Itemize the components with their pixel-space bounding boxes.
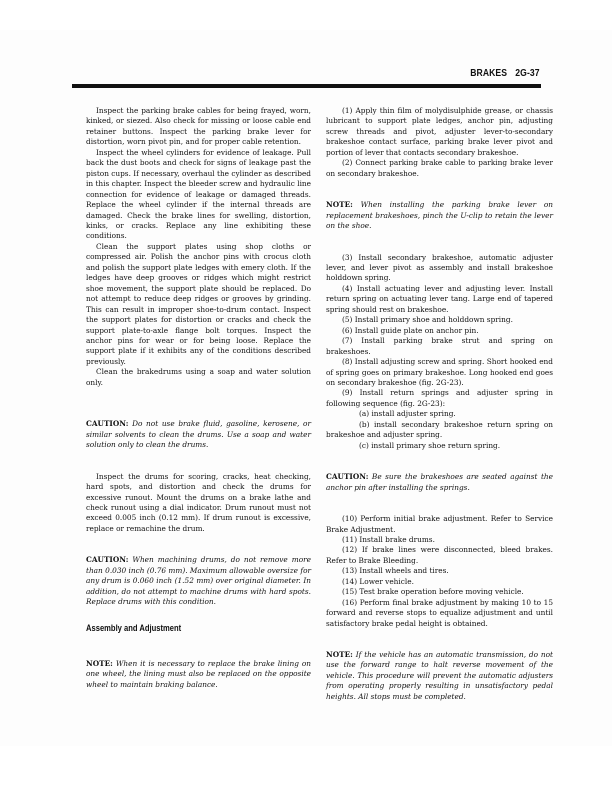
note-label: NOTE: <box>326 650 353 659</box>
step-14: (14) Lower vehicle. <box>326 577 553 587</box>
caution-label: CAUTION: <box>86 419 128 428</box>
step-9b: (b) install secondary brakeshoe return s… <box>326 420 553 441</box>
step-15: (15) Test brake operation before moving … <box>326 587 553 597</box>
step-10: (10) Perform initial brake adjustment. R… <box>326 514 553 535</box>
step-9: (9) Install return springs and adjuster … <box>326 388 553 409</box>
paragraph-clean-drums: Clean the brakedrums using a soap and wa… <box>86 367 311 388</box>
caution-solvents: CAUTION: Do not use brake fluid, gasolin… <box>86 419 311 450</box>
paragraph-support-plates: Clean the support plates using shop clot… <box>86 242 311 367</box>
note-automatic-transmission: NOTE: If the vehicle has an automatic tr… <box>326 650 553 702</box>
step-8: (8) Install adjusting screw and spring. … <box>326 357 553 388</box>
note-parking-lever: NOTE: When installing the parking brake … <box>326 200 553 231</box>
step-7: (7) Install parking brake strut and spri… <box>326 336 553 357</box>
caution-machining: CAUTION: When machining drums, do not re… <box>86 555 311 607</box>
section-title: BRAKES <box>471 67 508 79</box>
step-16: (16) Perform final brake adjustment by m… <box>326 598 553 629</box>
note-lining: NOTE: When it is necessary to replace th… <box>86 659 311 690</box>
paragraph-parking-cables: Inspect the parking brake cables for bei… <box>86 106 311 148</box>
step-2: (2) Connect parking brake cable to parki… <box>326 158 553 179</box>
section-heading: Assembly and Adjustment <box>86 624 266 634</box>
step-13: (13) Install wheels and tires. <box>326 566 553 576</box>
note-text: If the vehicle has an automatic transmis… <box>326 650 553 701</box>
step-12: (12) If brake lines were disconnected, b… <box>326 545 553 566</box>
note-label: NOTE: <box>86 659 113 668</box>
page-number: 2G-37 <box>516 67 540 79</box>
note-text: When it is necessary to replace the brak… <box>86 659 311 689</box>
step-11: (11) Install brake drums. <box>326 535 553 545</box>
step-4: (4) Install actuating lever and adjustin… <box>326 284 553 315</box>
step-3: (3) Install secondary brakeshoe, automat… <box>326 253 553 284</box>
step-6: (6) Install guide plate on anchor pin. <box>326 326 553 336</box>
caution-label: CAUTION: <box>326 472 368 481</box>
step-1: (1) Apply thin film of molydisulphide gr… <box>326 106 553 158</box>
header-rule <box>72 84 541 88</box>
note-text: When installing the parking brake lever … <box>326 200 553 230</box>
paragraph-inspect-drums: Inspect the drums for scoring, cracks, h… <box>86 472 311 535</box>
caution-label: CAUTION: <box>86 555 128 564</box>
left-column: Inspect the parking brake cables for bei… <box>86 106 311 690</box>
right-column: (1) Apply thin film of molydisulphide gr… <box>326 106 553 702</box>
step-9c: (c) install primary shoe return spring. <box>326 441 553 451</box>
step-5: (5) Install primary shoe and holddown sp… <box>326 315 553 325</box>
step-9a: (a) install adjuster spring. <box>326 409 553 419</box>
caution-seated: CAUTION: Be sure the brakeshoes are seat… <box>326 472 553 493</box>
note-label: NOTE: <box>326 200 353 209</box>
paragraph-wheel-cylinders: Inspect the wheel cylinders for evidence… <box>86 148 311 242</box>
running-header: BRAKES2G-37 <box>471 67 540 79</box>
